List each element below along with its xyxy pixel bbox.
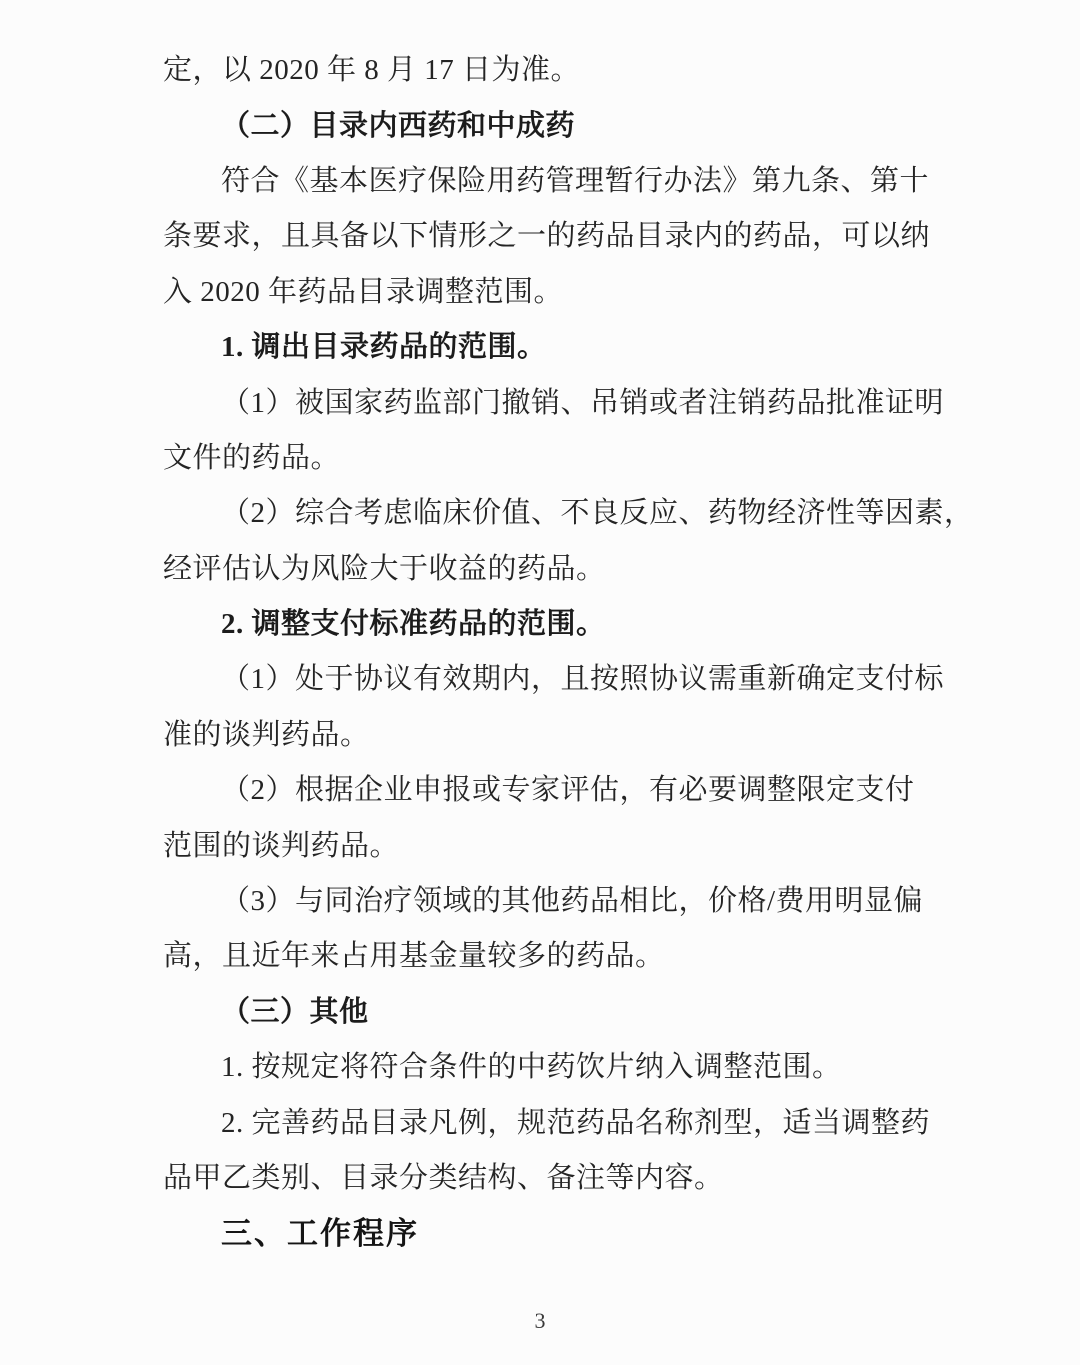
text-line: 定，以 2020 年 8 月 17 日为准。 xyxy=(163,40,953,95)
text-line: （3）与同治疗领域的其他药品相比，价格/费用明显偏 xyxy=(163,871,953,926)
text-line: （1）处于协议有效期内，且按照协议需重新确定支付标 xyxy=(163,649,953,704)
document-page: 定，以 2020 年 8 月 17 日为准。（二）目录内西药和中成药符合《基本医… xyxy=(0,0,1080,1365)
text-line: （2）综合考虑临床价值、不良反应、药物经济性等因素， xyxy=(163,483,953,538)
text-line: （2）根据企业申报或专家评估，有必要调整限定支付 xyxy=(163,760,953,815)
sub-heading: 2. 调整支付标准药品的范围。 xyxy=(163,594,953,649)
text-line: 1. 按规定将符合条件的中药饮片纳入调整范围。 xyxy=(163,1037,953,1092)
section-heading: 三、工作程序 xyxy=(163,1203,953,1258)
document-body: 定，以 2020 年 8 月 17 日为准。（二）目录内西药和中成药符合《基本医… xyxy=(163,40,953,1259)
page-number: 3 xyxy=(0,1308,1080,1334)
text-line: 文件的药品。 xyxy=(163,428,953,483)
text-line: 品甲乙类别、目录分类结构、备注等内容。 xyxy=(163,1148,953,1203)
sub-heading: （三）其他 xyxy=(163,982,953,1037)
text-line: （1）被国家药监部门撤销、吊销或者注销药品批准证明 xyxy=(163,372,953,427)
sub-heading: 1. 调出目录药品的范围。 xyxy=(163,317,953,372)
text-line: 经评估认为风险大于收益的药品。 xyxy=(163,539,953,594)
text-line: 符合《基本医疗保险用药管理暂行办法》第九条、第十 xyxy=(163,151,953,206)
text-line: 范围的谈判药品。 xyxy=(163,815,953,870)
text-line: 入 2020 年药品目录调整范围。 xyxy=(163,262,953,317)
text-line: 准的谈判药品。 xyxy=(163,705,953,760)
sub-heading: （二）目录内西药和中成药 xyxy=(163,95,953,150)
text-line: 2. 完善药品目录凡例，规范药品名称剂型，适当调整药 xyxy=(163,1092,953,1147)
text-line: 高，且近年来占用基金量较多的药品。 xyxy=(163,926,953,981)
text-line: 条要求，且具备以下情形之一的药品目录内的药品，可以纳 xyxy=(163,206,953,261)
